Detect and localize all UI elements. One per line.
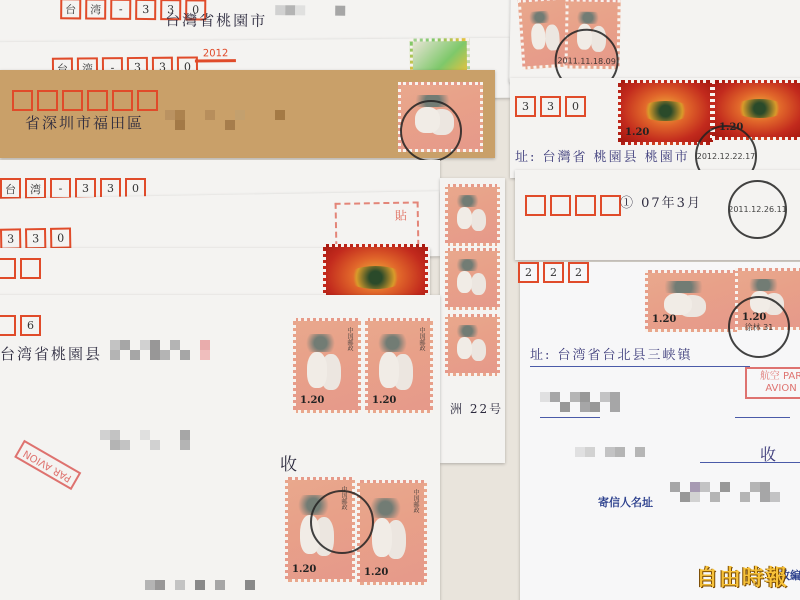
redacted-sender (145, 580, 265, 590)
postmark (400, 100, 462, 162)
postmark (310, 490, 374, 554)
newspaper-watermark: 自由時報 (696, 561, 788, 592)
postcode-boxes (525, 195, 621, 216)
postal-logo: 2012 (195, 48, 237, 62)
address-text: 台灣省桃園市 (165, 9, 267, 31)
bird-stamp (445, 184, 500, 246)
lion-stamp: 1.20 (618, 80, 713, 145)
redacted-address (275, 5, 395, 16)
address-text: 址: 台灣省 桃園县 桃園市 (515, 146, 690, 165)
redacted-address (540, 392, 660, 412)
bird-stamp: 1.20中国邮政 (293, 318, 361, 413)
postcode-boxes: 2 2 2 (518, 262, 589, 283)
postcode-boxes (0, 258, 41, 279)
postcode-boxes: 6 (0, 315, 41, 336)
address-text: 址: 台湾省台北县三峡镇 (530, 344, 693, 363)
redacted-address (165, 110, 285, 130)
handwritten-note: ① 07年3月 (620, 192, 702, 211)
postcode-boxes: 3 3 0 (0, 228, 71, 250)
address-text: 台湾省桃園县 (0, 343, 102, 364)
postmark: 2011.12.26.11 (728, 180, 787, 239)
redacted-name (100, 430, 220, 450)
affix-label: 貼 (395, 207, 407, 224)
bird-stamp (445, 314, 500, 376)
bird-stamp: 1.20中国邮政 (365, 318, 433, 413)
bird-stamp: 1.20 (645, 270, 740, 332)
redacted-address (110, 340, 230, 360)
bird-stamp (445, 248, 500, 310)
postcode-boxes: 3 3 0 (515, 96, 586, 117)
recipient-suffix: 收 (280, 450, 299, 475)
postcode-boxes (12, 90, 158, 111)
side-note: 洲 22号 (450, 400, 503, 417)
airmail-mark: PAR AVION (14, 440, 81, 490)
address-text: 省深圳市福田區 (25, 112, 144, 133)
airmail-mark: 航空 PAR AVION (745, 367, 800, 399)
sender-label: 寄信人名址 (598, 494, 653, 510)
redacted-sender (670, 482, 790, 502)
postmark: 徐林 31 (728, 296, 790, 358)
redacted-name (575, 447, 695, 457)
envelope-right-back: 2011.11.18.09 (509, 0, 800, 88)
